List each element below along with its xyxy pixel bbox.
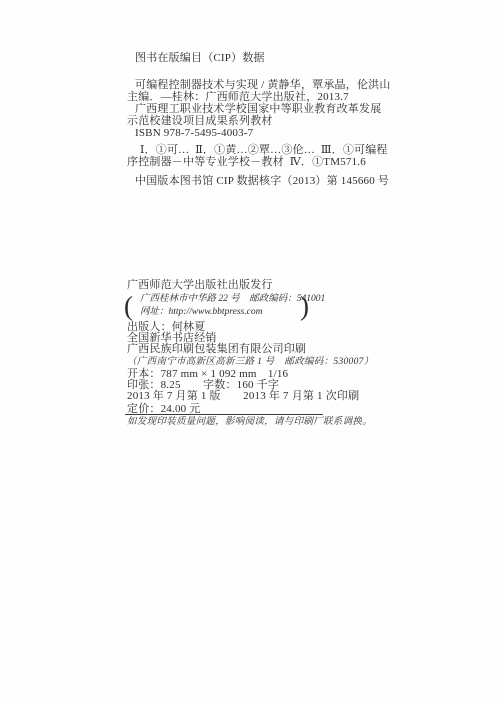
footer-divider-rule bbox=[125, 414, 323, 415]
copyright-page: 图书在版编目（CIP）数据 可编程控制器技术与实现 / 黄静华，覃承晶，伦洪山 … bbox=[0, 0, 500, 707]
cip-series-line1: 广西理工职业技术学校国家中等职业教育改革发展 bbox=[135, 103, 381, 115]
edition-printing-line: 2013 年 7 月第 1 版 2013 年 7 月第 1 次印刷 bbox=[127, 390, 359, 402]
publisher-address: 广西桂林市中华路 22 号 邮政编码：541001 bbox=[140, 293, 300, 307]
cip-header: 图书在版编目（CIP）数据 bbox=[135, 52, 265, 64]
publisher-website: 网址：http://www.bbtpress.com bbox=[140, 306, 300, 320]
printer-line: 广西民族印刷包装集团有限公司印刷 bbox=[127, 343, 306, 355]
publisher-address-lines: 广西桂林市中华路 22 号 邮政编码：541001 网址：http://www.… bbox=[133, 293, 300, 320]
left-paren: ( bbox=[124, 291, 133, 321]
isbn-line: ISBN 978-7-5495-4003-7 bbox=[135, 127, 253, 139]
cip-editor-publisher: 主编．—桂林：广西师范大学出版社，2013.7 bbox=[127, 91, 349, 103]
right-paren: ) bbox=[300, 291, 309, 321]
printer-address-line: （广西南宁市高新区高新三路 1 号 邮政编码：530007） bbox=[127, 356, 374, 368]
cip-classification-line1: Ⅰ．①可… Ⅱ．①黄…②覃…③伦… Ⅲ．①可编程 bbox=[140, 144, 388, 156]
cip-record-number: 中国版本图书馆 CIP 数据核字（2013）第 145660 号 bbox=[135, 175, 389, 187]
cip-series-line2: 示范校建设项目成果系列教材 bbox=[127, 115, 273, 127]
cip-classification-line2: 序控制器－中等专业学校－教材 Ⅳ．①TM571.6 bbox=[127, 156, 366, 168]
publisher-line: 广西师范大学出版社出版发行 bbox=[127, 279, 273, 291]
publisher-address-block: ( 广西桂林市中华路 22 号 邮政编码：541001 网址：http://ww… bbox=[124, 291, 309, 321]
cip-title-authors: 可编程控制器技术与实现 / 黄静华，覃承晶，伦洪山 bbox=[135, 79, 391, 91]
quality-note-line: 如发现印装质量问题，影响阅读，请与印刷厂联系调换。 bbox=[127, 416, 372, 428]
